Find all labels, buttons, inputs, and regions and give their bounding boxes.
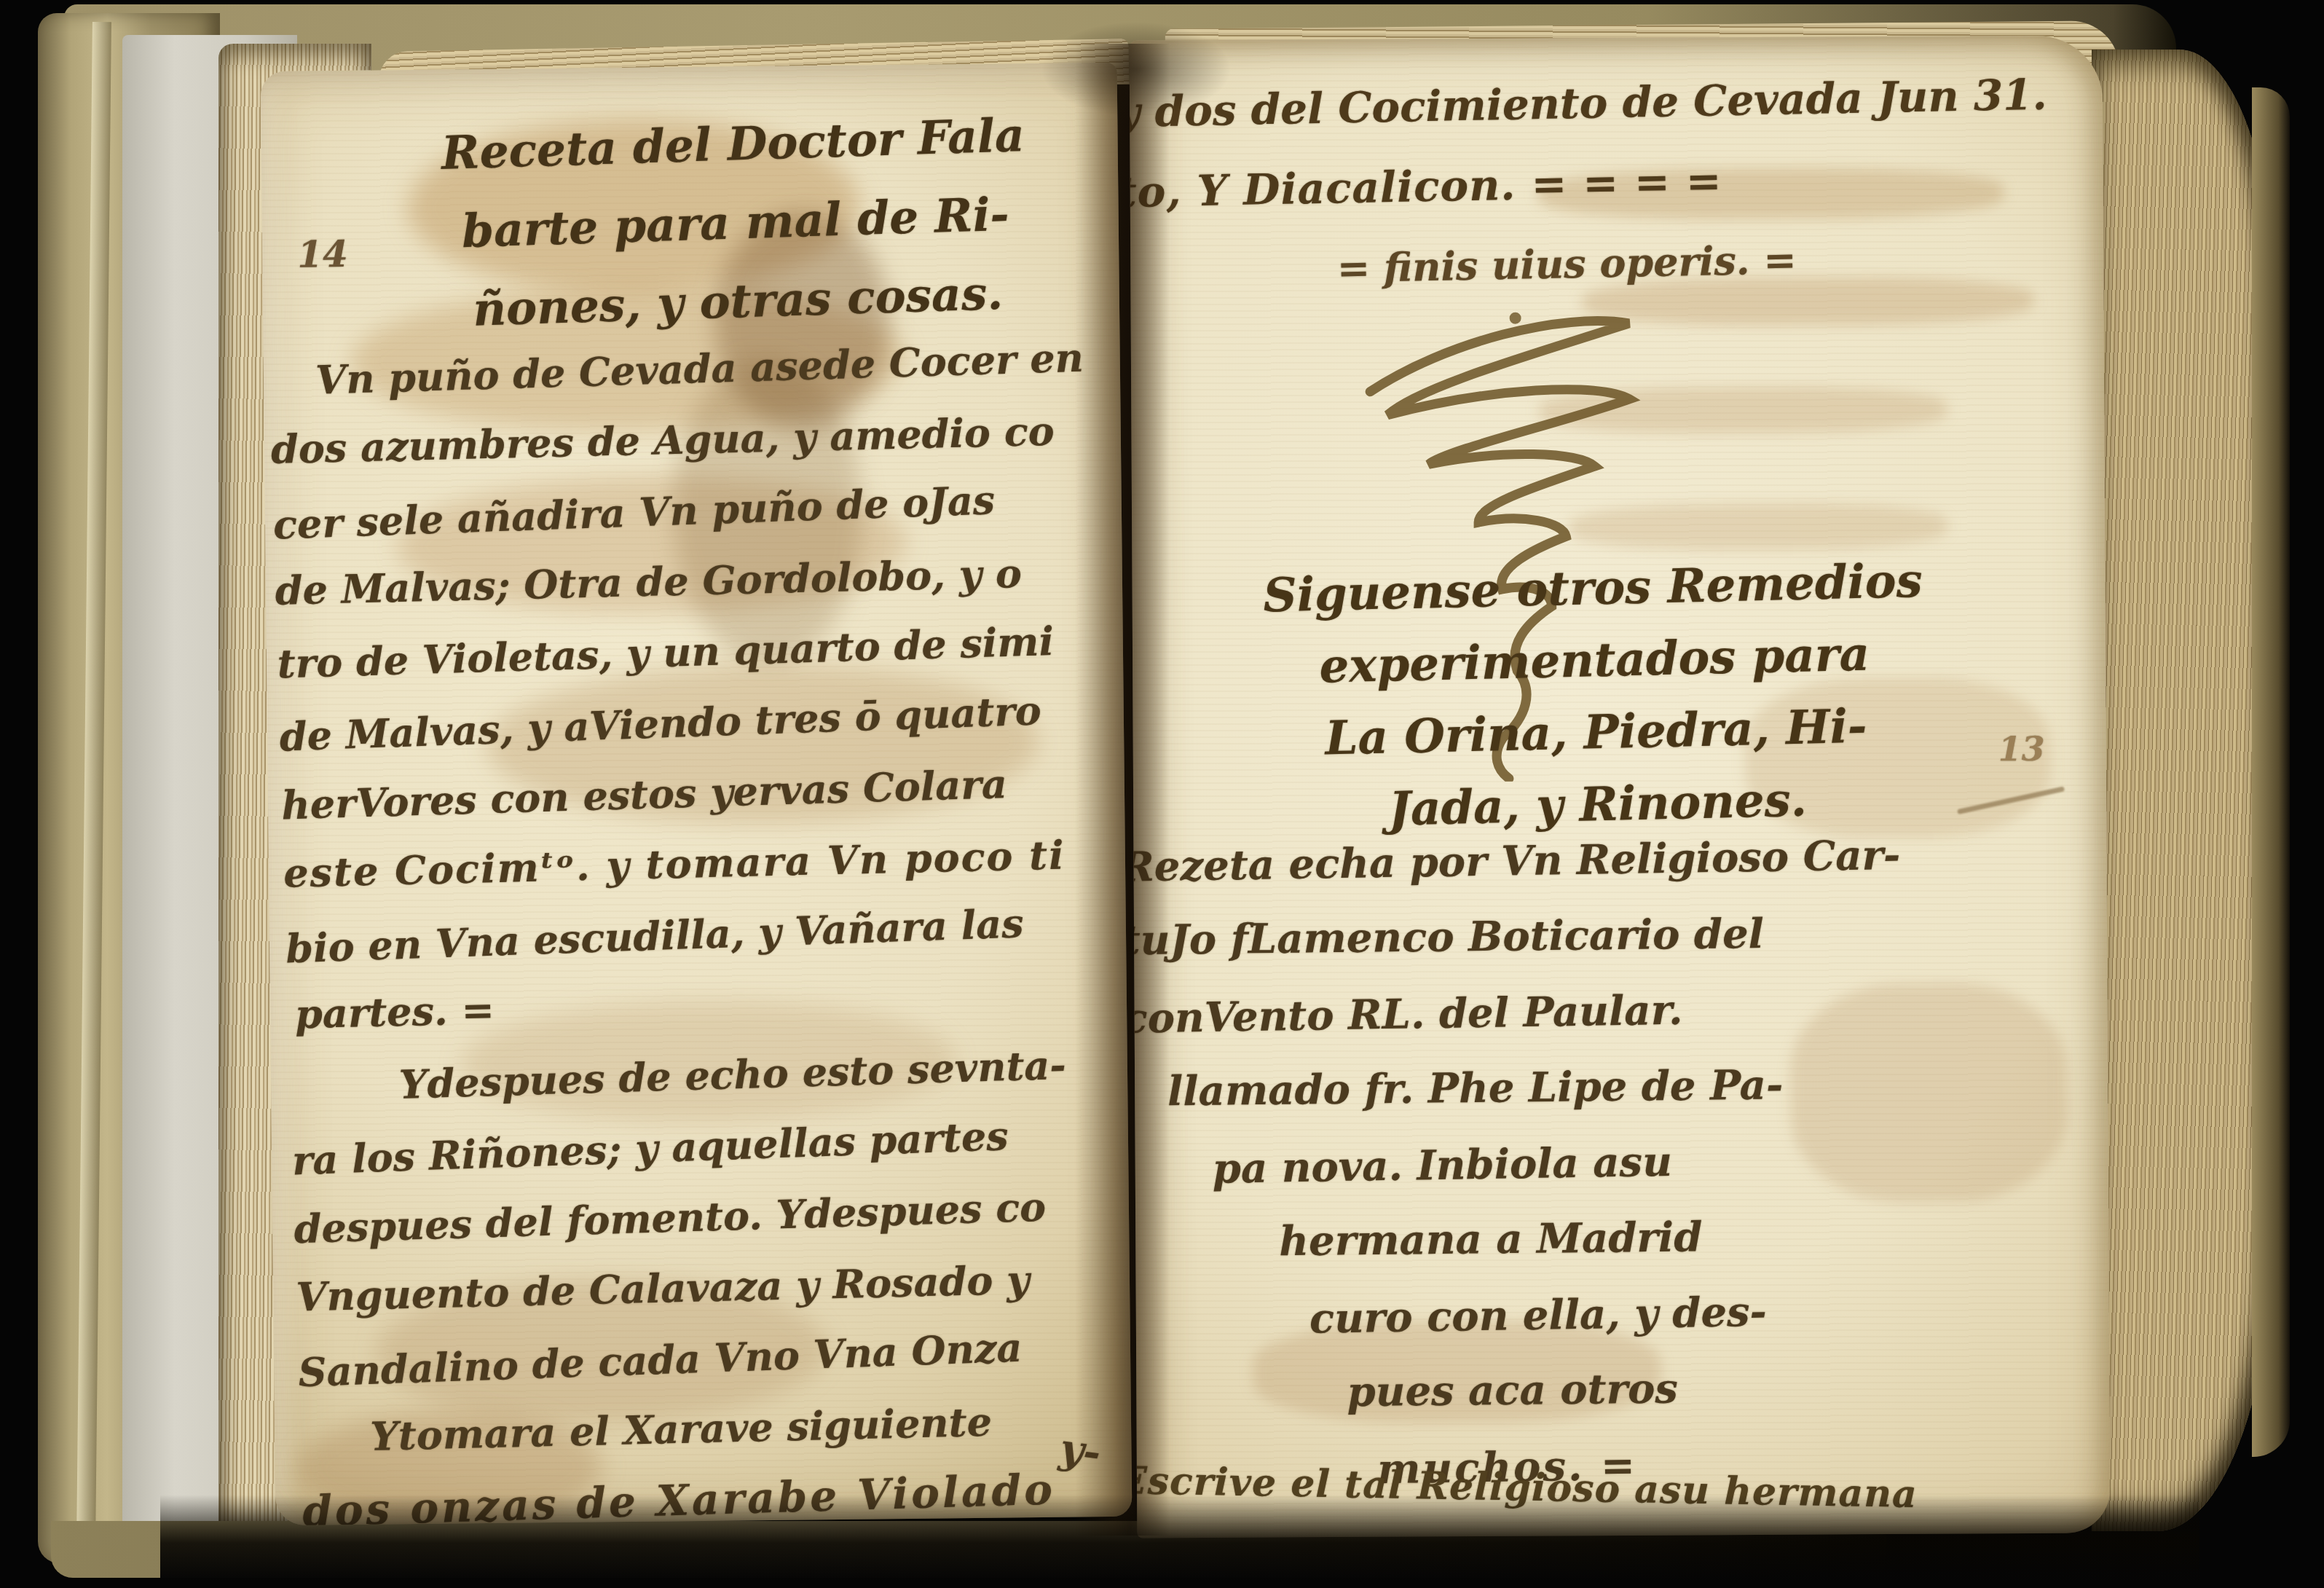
manuscript-line: llamado fr. Phe Lipe de Pa- bbox=[1167, 1044, 2111, 1130]
bottom-book-shadow bbox=[160, 1495, 2199, 1582]
manuscript-line: Rezeta echa por Vn Religioso Car- bbox=[1130, 814, 2111, 905]
manuscript-line: = finis uius operis. = bbox=[1336, 213, 2111, 309]
vellum-cover-right-sliver bbox=[2252, 87, 2290, 1457]
fore-edge-page-block bbox=[2092, 50, 2274, 1531]
manuscript-line: hermana a Madrid bbox=[1279, 1195, 2111, 1279]
left-page: 14 Receta del Doctor Fala barte para mal… bbox=[261, 63, 1133, 1525]
manuscript-line: pa nova. Inbiola asu bbox=[1212, 1117, 2110, 1206]
manuscript-line: pues aca otros bbox=[1347, 1346, 2110, 1430]
recipe-heading-left: Receta del Doctor Fala barte para mal de… bbox=[346, 93, 1125, 353]
manuscript-line: tuJo fLamenco Boticario del bbox=[1130, 892, 2111, 978]
gutter-shadow bbox=[1075, 44, 1170, 1536]
recipe-body-left: Vn puño de Cevada asede Cocer en dos azu… bbox=[268, 321, 1133, 1525]
manuscript-photo: 14 Receta del Doctor Fala barte para mal… bbox=[0, 0, 2324, 1588]
right-page: y dos del Cocimiento de Cevada Jun 31. t… bbox=[1130, 36, 2111, 1538]
recipe-body-right: Rezeta echa por Vn Religioso Car- tuJo f… bbox=[1130, 814, 2111, 1511]
section-heading-right: Siguense otros Remedios experimentados p… bbox=[1144, 542, 2047, 851]
manuscript-line: curo con ella, y des- bbox=[1309, 1268, 2110, 1356]
gutter-top-shadow bbox=[1041, 22, 1231, 117]
recipe-ending-lines: y dos del Cocimiento de Cevada Jun 31. t… bbox=[1130, 53, 2111, 313]
folio-number-right: 13 bbox=[1998, 729, 2045, 769]
manuscript-line: conVento RL. del Paular. bbox=[1130, 965, 2111, 1056]
folio-number-left: 14 bbox=[297, 232, 348, 276]
